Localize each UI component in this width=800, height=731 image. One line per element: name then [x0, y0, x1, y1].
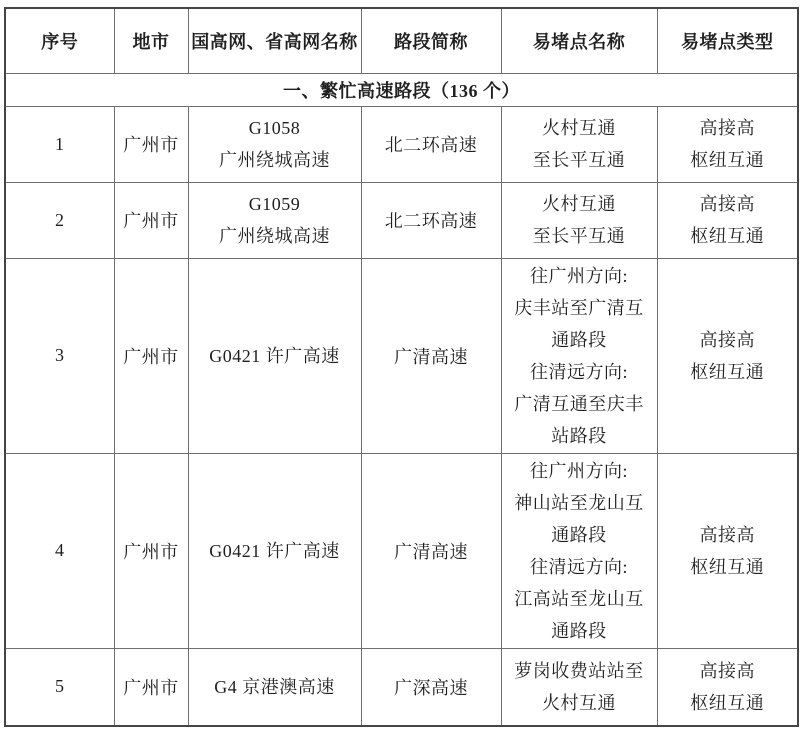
text-line: G4 京港澳高速 — [189, 671, 361, 703]
text-line: 火村互通 — [502, 188, 657, 220]
text-line: 火村互通 — [502, 112, 657, 144]
text-line: 往清远方向: — [502, 356, 657, 388]
cell-congestion-point-type: 高接高 枢纽互通 — [657, 106, 798, 182]
text-line: 高接高 — [658, 324, 798, 356]
text-line: 广清互通至庆丰 — [502, 388, 657, 420]
cell-network-name: G4 京港澳高速 — [188, 648, 361, 726]
text-line: 枢纽互通 — [658, 551, 798, 583]
cell-congestion-point-name: 火村互通 至长平互通 — [501, 182, 657, 258]
text-line: 通路段 — [502, 519, 657, 551]
cell-congestion-point-name: 往广州方向: 庆丰站至广清互 通路段 往清远方向: 广清互通至庆丰 站路段 — [501, 258, 657, 453]
cell-road-short-name: 广深高速 — [361, 648, 501, 726]
cell-city: 广州市 — [114, 453, 188, 648]
section-title: 一、繁忙高速路段（136 个） — [5, 73, 798, 106]
text-line: 枢纽互通 — [658, 220, 798, 252]
text-line: 广州绕城高速 — [189, 220, 361, 252]
table-header-row: 序号 地市 国高网、省高网名称 路段简称 易堵点名称 易堵点类型 — [5, 8, 798, 73]
column-header-network-name: 国高网、省高网名称 — [188, 8, 361, 73]
cell-road-short-name: 北二环高速 — [361, 182, 501, 258]
text-line: 枢纽互通 — [658, 687, 798, 719]
text-line: G0421 许广高速 — [189, 535, 361, 567]
text-line: 枢纽互通 — [658, 144, 798, 176]
cell-congestion-point-type: 高接高 枢纽互通 — [657, 258, 798, 453]
section-header-row: 一、繁忙高速路段（136 个） — [5, 73, 798, 106]
cell-road-short-name: 广清高速 — [361, 453, 501, 648]
table-row: 5 广州市 G4 京港澳高速 广深高速 萝岗收费站站至 火村互通 高接高 枢纽互… — [5, 648, 798, 726]
document-page: 序号 地市 国高网、省高网名称 路段简称 易堵点名称 易堵点类型 一、繁忙高速路… — [0, 0, 800, 731]
text-line: 往广州方向: — [502, 260, 657, 292]
cell-network-name: G0421 许广高速 — [188, 453, 361, 648]
text-line: 火村互通 — [502, 687, 657, 719]
cell-congestion-point-type: 高接高 枢纽互通 — [657, 453, 798, 648]
text-line: 往广州方向: — [502, 455, 657, 487]
text-line: 高接高 — [658, 188, 798, 220]
text-line: 站路段 — [502, 420, 657, 452]
cell-network-name: G1058 广州绕城高速 — [188, 106, 361, 182]
text-line: G1058 — [189, 112, 361, 144]
text-line: 广州绕城高速 — [189, 144, 361, 176]
cell-network-name: G0421 许广高速 — [188, 258, 361, 453]
cell-seq: 3 — [5, 258, 114, 453]
cell-seq: 2 — [5, 182, 114, 258]
cell-congestion-point-name: 火村互通 至长平互通 — [501, 106, 657, 182]
table-row: 1 广州市 G1058 广州绕城高速 北二环高速 火村互通 至长平互通 高接高 … — [5, 106, 798, 182]
cell-seq: 1 — [5, 106, 114, 182]
cell-network-name: G1059 广州绕城高速 — [188, 182, 361, 258]
cell-congestion-point-type: 高接高 枢纽互通 — [657, 182, 798, 258]
column-header-road-short-name: 路段简称 — [361, 8, 501, 73]
cell-congestion-point-name: 萝岗收费站站至 火村互通 — [501, 648, 657, 726]
text-line: 至长平互通 — [502, 220, 657, 252]
column-header-seq: 序号 — [5, 8, 114, 73]
column-header-city: 地市 — [114, 8, 188, 73]
cell-city: 广州市 — [114, 182, 188, 258]
cell-seq: 4 — [5, 453, 114, 648]
table-row: 3 广州市 G0421 许广高速 广清高速 往广州方向: 庆丰站至广清互 通路段… — [5, 258, 798, 453]
cell-city: 广州市 — [114, 106, 188, 182]
cell-road-short-name: 广清高速 — [361, 258, 501, 453]
text-line: 神山站至龙山互 — [502, 487, 657, 519]
cell-road-short-name: 北二环高速 — [361, 106, 501, 182]
text-line: 高接高 — [658, 655, 798, 687]
text-line: G1059 — [189, 188, 361, 220]
table-row: 2 广州市 G1059 广州绕城高速 北二环高速 火村互通 至长平互通 高接高 … — [5, 182, 798, 258]
text-line: 江高站至龙山互 — [502, 583, 657, 615]
column-header-congestion-point-name: 易堵点名称 — [501, 8, 657, 73]
text-line: 高接高 — [658, 519, 798, 551]
text-line: G0421 许广高速 — [189, 340, 361, 372]
text-line: 通路段 — [502, 324, 657, 356]
cell-city: 广州市 — [114, 258, 188, 453]
cell-city: 广州市 — [114, 648, 188, 726]
cell-seq: 5 — [5, 648, 114, 726]
text-line: 高接高 — [658, 112, 798, 144]
cell-congestion-point-type: 高接高 枢纽互通 — [657, 648, 798, 726]
text-line: 萝岗收费站站至 — [502, 655, 657, 687]
text-line: 庆丰站至广清互 — [502, 292, 657, 324]
text-line: 枢纽互通 — [658, 356, 798, 388]
table-row: 4 广州市 G0421 许广高速 广清高速 往广州方向: 神山站至龙山互 通路段… — [5, 453, 798, 648]
text-line: 往清远方向: — [502, 551, 657, 583]
column-header-congestion-point-type: 易堵点类型 — [657, 8, 798, 73]
text-line: 通路段 — [502, 615, 657, 647]
cell-congestion-point-name: 往广州方向: 神山站至龙山互 通路段 往清远方向: 江高站至龙山互 通路段 — [501, 453, 657, 648]
congestion-table: 序号 地市 国高网、省高网名称 路段简称 易堵点名称 易堵点类型 一、繁忙高速路… — [4, 7, 799, 727]
text-line: 至长平互通 — [502, 144, 657, 176]
